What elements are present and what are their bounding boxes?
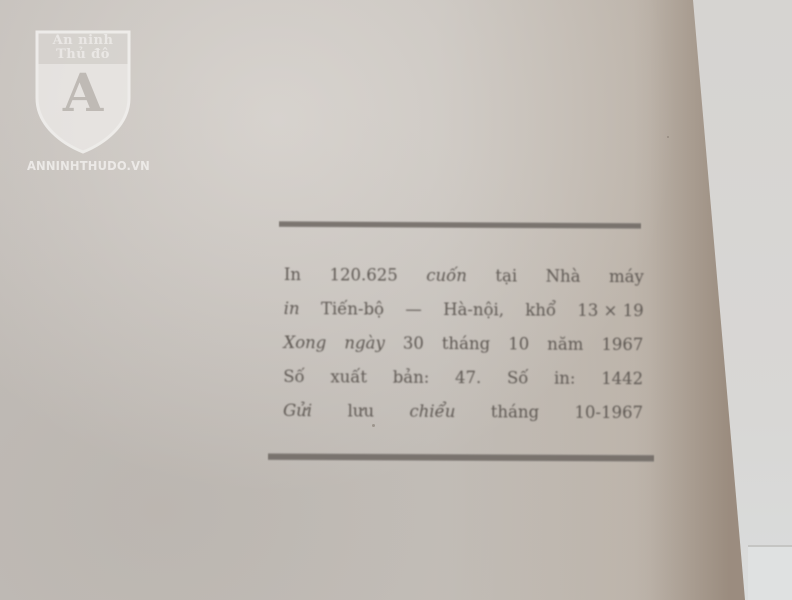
colophon-word: 30 <box>403 327 424 361</box>
colophon-word: Nhà <box>546 260 581 294</box>
colophon-word: ngày <box>344 326 385 360</box>
colophon-word: in <box>284 292 300 326</box>
colophon-word: cuốn <box>426 259 467 293</box>
colophon-line: In 120.625 cuốn tại Nhà máy <box>284 258 644 294</box>
colophon-word: Gửi <box>283 394 312 428</box>
colophon-word: xuất <box>330 360 367 394</box>
colophon-word: bản: <box>393 361 430 395</box>
colophon-word: chiểu <box>409 395 455 429</box>
colophon-word: tháng <box>442 327 491 361</box>
colophon-word: Tiến-bộ <box>321 292 384 326</box>
colophon-word: lưu <box>347 394 374 428</box>
colophon-word: khổ <box>525 293 556 327</box>
colophon-line: in Tiến-bộ — Hà-nội, khổ 13 × 19 <box>284 292 644 328</box>
colophon-word: 10 <box>508 327 529 361</box>
photo-scene: An ninh Thủ đô A ANNINHTHUDO.VN In 120.6… <box>0 0 792 600</box>
colophon-word: 10-1967 <box>574 396 643 430</box>
colophon-word: Số <box>283 360 305 394</box>
colophon-word: — <box>405 293 422 327</box>
background-object <box>748 545 792 600</box>
colophon-word: Hà-nội, <box>443 293 504 327</box>
watermark-brand-line-1: An ninh <box>33 34 133 47</box>
colophon-word: 1967 <box>601 328 643 362</box>
paper-speck <box>667 136 669 138</box>
watermark-logo: An ninh Thủ đô A ANNINHTHUDO.VN <box>22 28 146 178</box>
colophon-line: Gửi lưu chiểu tháng 10-1967 <box>283 394 643 430</box>
colophon-word: máy <box>609 260 644 294</box>
watermark-brand-line-2: Thủ đô <box>33 48 133 61</box>
colophon-word: năm <box>547 328 583 362</box>
watermark-site-name: ANNINHTHUDO.VN <box>27 158 141 173</box>
colophon-word: tại <box>495 259 517 293</box>
paper-speck <box>372 424 375 427</box>
colophon-word: Xong <box>283 326 326 360</box>
colophon-word: 13 × 19 <box>577 294 644 328</box>
watermark-emblem-letter: A <box>33 68 133 120</box>
colophon-word: Số <box>507 361 529 395</box>
colophon-line: Xong ngày 30 tháng 10 năm 1967 <box>283 326 643 362</box>
colophon-word: in: <box>554 362 576 396</box>
colophon-word: tháng <box>491 395 540 429</box>
colophon-text-block: In 120.625 cuốn tại Nhà máy in Tiến-bộ —… <box>283 258 644 430</box>
colophon-word: 1442 <box>601 362 643 396</box>
colophon-word: 120.625 <box>329 258 397 292</box>
colophon-word: 47. <box>455 361 481 395</box>
colophon-word: In <box>284 258 301 292</box>
colophon-line: Số xuất bản: 47. Số in: 1442 <box>283 360 643 396</box>
